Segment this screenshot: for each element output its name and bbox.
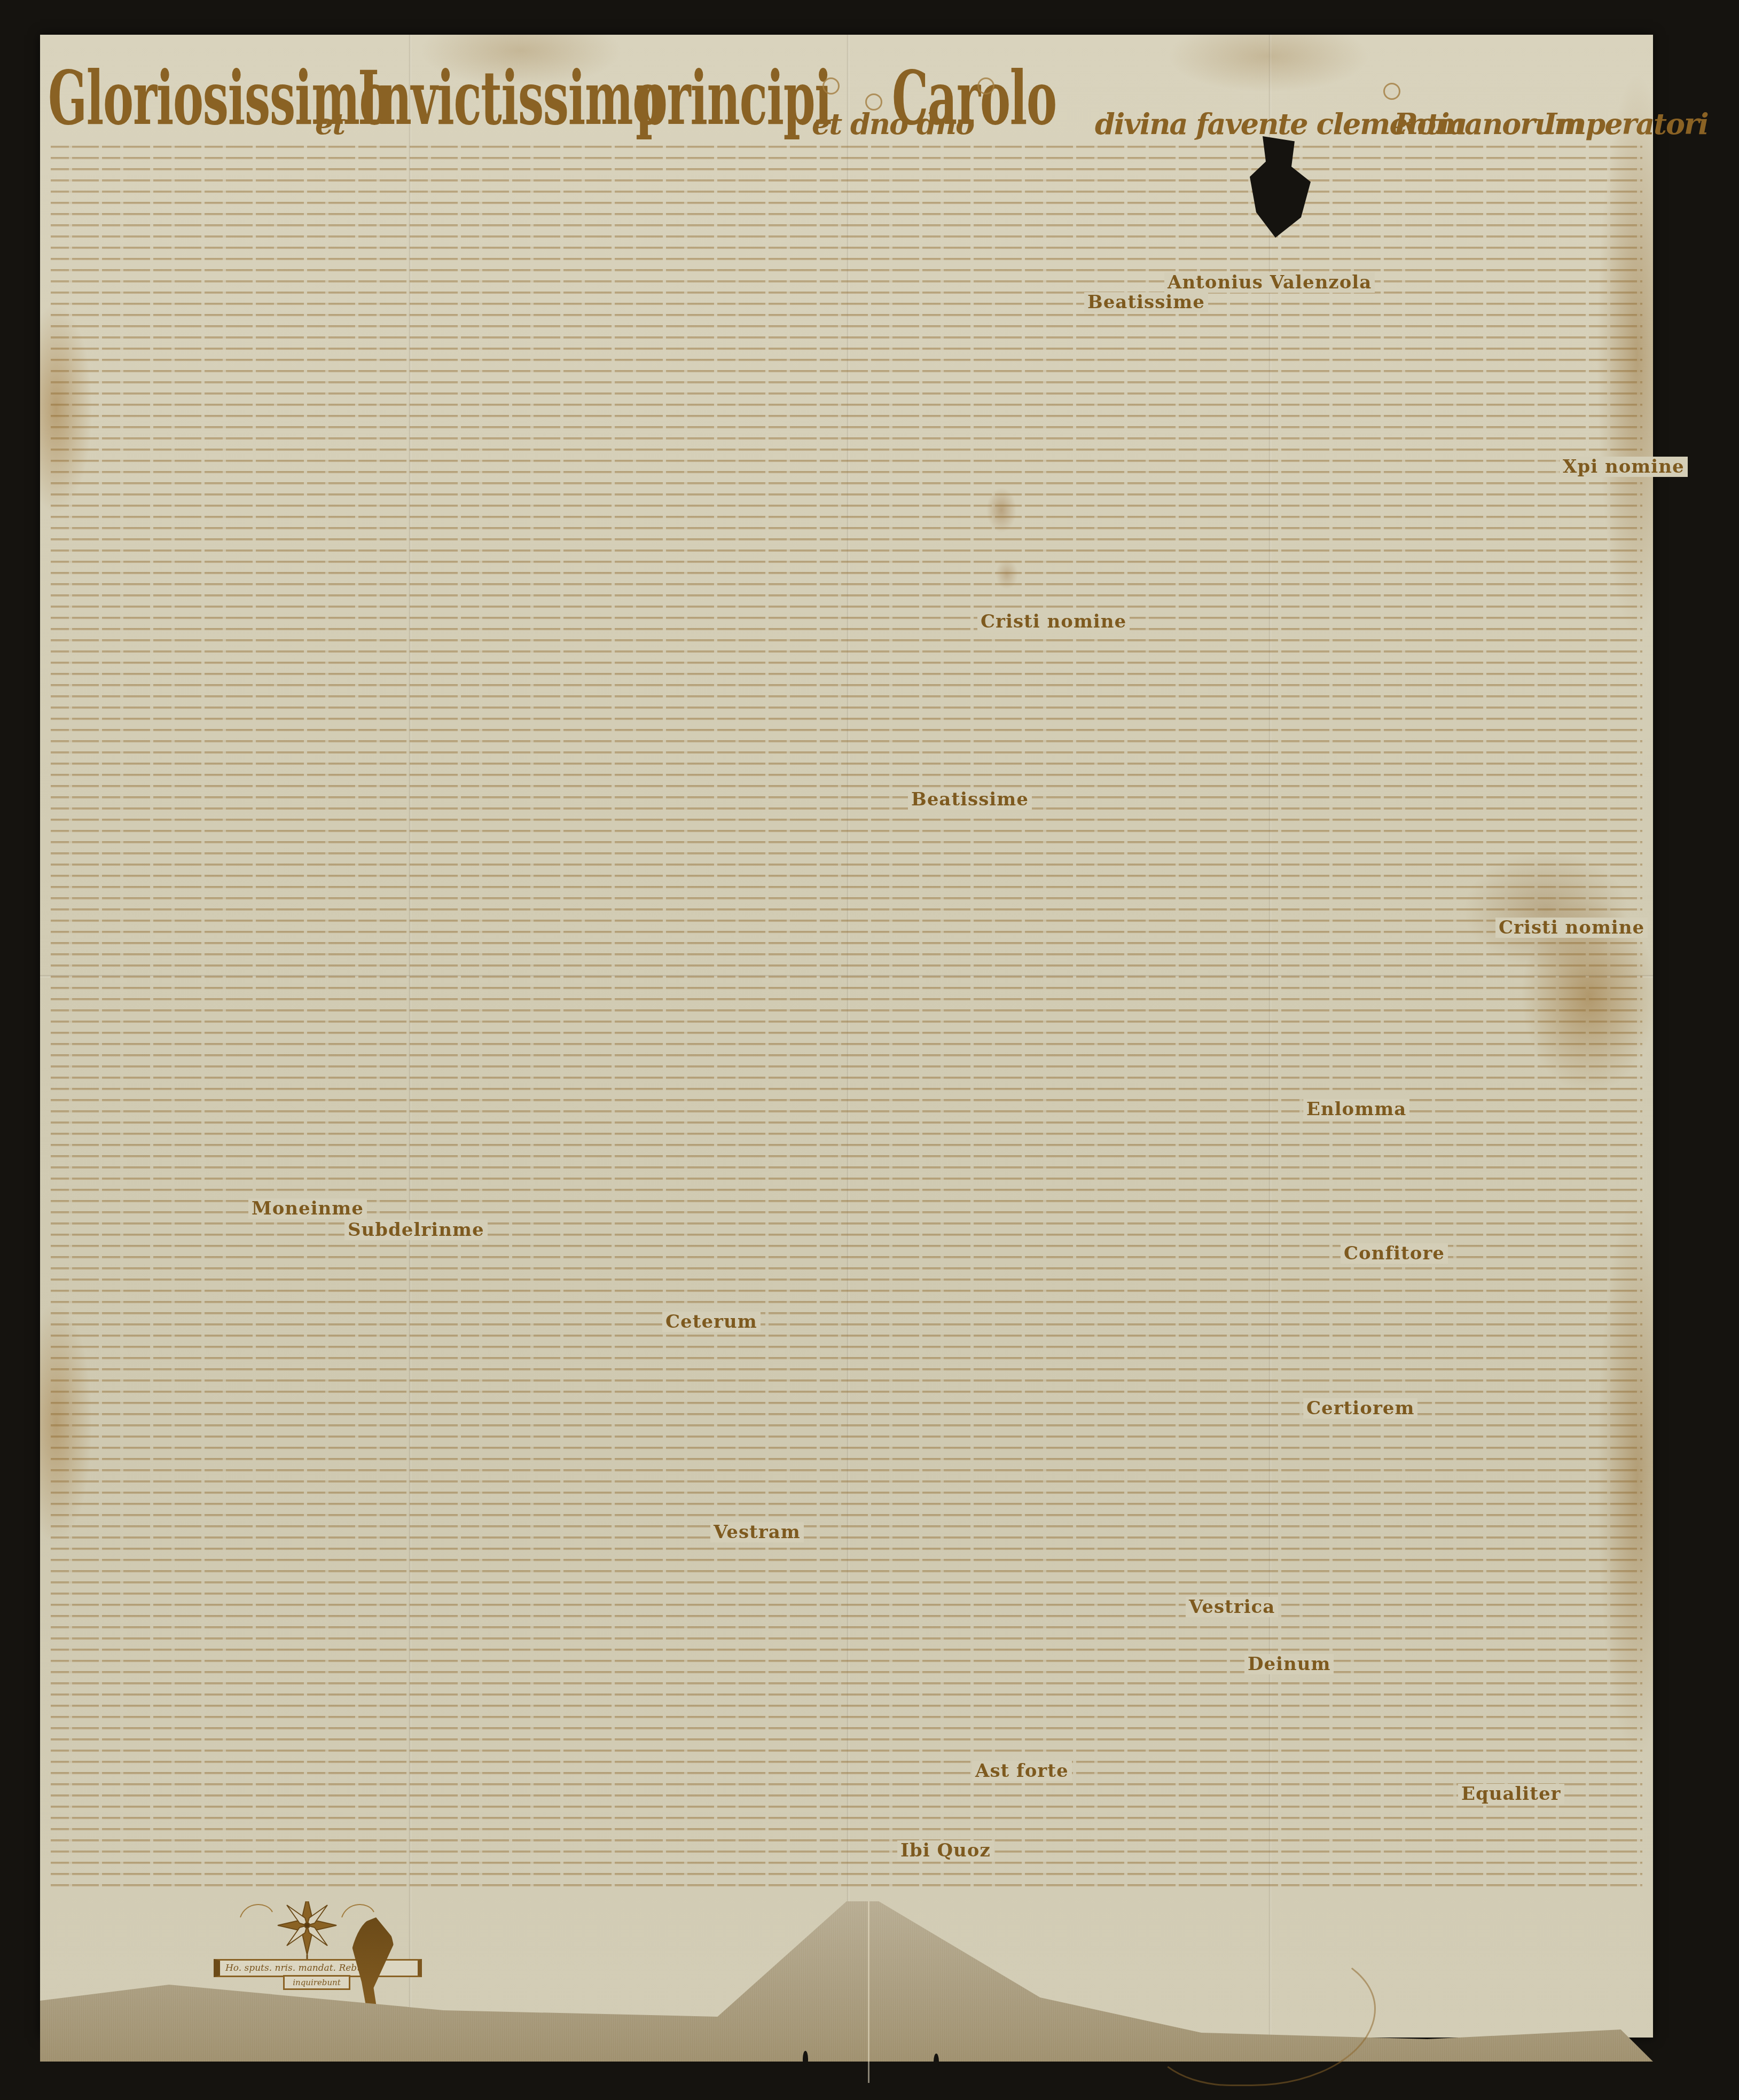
display-word: Equaliter xyxy=(1458,1784,1564,1804)
display-word: Vestrica xyxy=(1186,1597,1278,1617)
display-word: Cristi nomine xyxy=(1495,918,1648,938)
seal-hole xyxy=(803,2051,808,2067)
display-word: Ast forte xyxy=(972,1761,1072,1781)
signature-flourish xyxy=(1148,1944,1376,2086)
display-word: Deinum xyxy=(1244,1654,1334,1674)
display-word: Subdelrinme xyxy=(344,1220,488,1240)
display-word: Beatissime xyxy=(908,789,1032,810)
heading-word: et xyxy=(315,109,344,138)
heading-word: Carolo xyxy=(892,61,1056,135)
heading-word: Imperatori xyxy=(1544,109,1708,138)
body-text-lines xyxy=(51,140,1642,1886)
display-word: Ceterum xyxy=(662,1312,761,1332)
scan-background: Gloriosissimo et Invictissimo principi e… xyxy=(0,0,1739,2100)
display-word: Antonius Valenzola xyxy=(1164,272,1375,293)
notarial-scroll-lower: inquirebunt xyxy=(283,1975,350,1990)
display-word: Ibi Quoz xyxy=(897,1840,994,1861)
heading-word: Invictissimo xyxy=(358,61,662,135)
plica-seam xyxy=(868,1901,869,2083)
flourish-swirl-icon xyxy=(1383,83,1400,100)
flourish-swirl-icon xyxy=(822,77,840,95)
display-word: Enlomma xyxy=(1303,1099,1409,1119)
display-word: Certiorem xyxy=(1303,1398,1417,1419)
document-heading: Gloriosissimo et Invictissimo principi e… xyxy=(59,51,1640,147)
display-word: Beatissime xyxy=(1084,292,1208,312)
seal-hole xyxy=(934,2054,939,2070)
display-word: Moneinme xyxy=(248,1198,367,1219)
display-word: Xpi nomine xyxy=(1560,457,1688,477)
display-word: Vestram xyxy=(710,1522,804,1542)
display-word: Confitore xyxy=(1341,1243,1448,1264)
display-word: Cristi nomine xyxy=(977,612,1130,632)
flourish-swirl-icon xyxy=(977,77,994,95)
notarial-scroll: Ho. sputs. nris. mandat. Rebus xyxy=(214,1959,422,1977)
heading-word: principi xyxy=(636,61,832,135)
